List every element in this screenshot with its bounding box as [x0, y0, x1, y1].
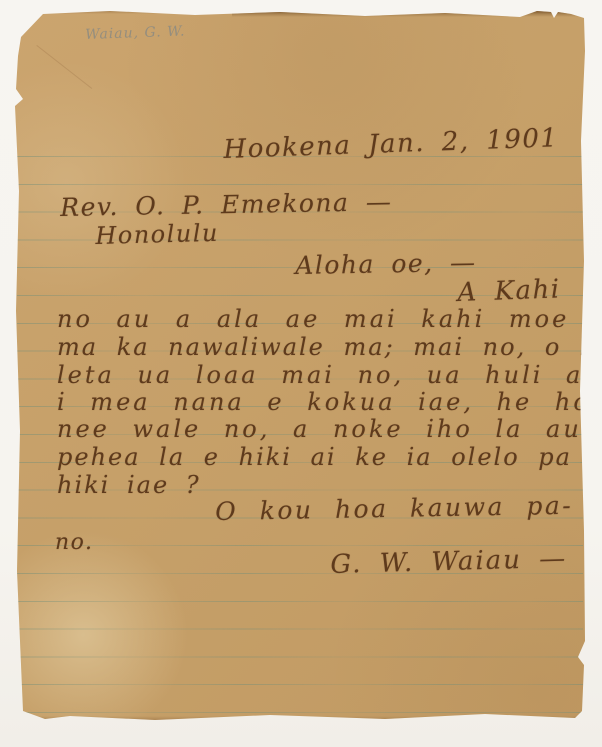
letter-paper: Waiau, G. W. Hookena Jan. 2, 1901 Rev. O… — [15, 11, 585, 720]
letter-closing-continuation: no. — [55, 530, 94, 555]
letter-body-line: pehea la e hiki ai ke ia olelo pa — — [57, 443, 602, 471]
torn-edge-bottom — [15, 716, 585, 720]
letter-body-line: no au a ala ae mai kahi moe mai — [57, 305, 602, 333]
paper-crease — [36, 45, 92, 89]
letter-body-line: A Kahi — [457, 274, 561, 308]
scanned-letter-page: Waiau, G. W. Hookena Jan. 2, 1901 Rev. O… — [0, 0, 602, 747]
archival-pencil-note: Waiau, G. W. — [85, 24, 186, 43]
letter-salutation: Aloha oe, — — [295, 248, 477, 280]
letter-recipient: Rev. O. P. Emekona — — [60, 187, 393, 222]
torn-edge-top-right — [232, 11, 585, 17]
letter-body-line: nee wale no, a noke iho la au, a — — [57, 415, 602, 443]
letter-body-line: hiki iae ? — [57, 471, 201, 499]
letter-body-line: ma ka nawaliwale ma; mai no, o kau — [57, 333, 602, 361]
letter-signature: G. W. Waiau — — [330, 544, 568, 580]
letter-body-line: i mea nana e kokua iae, he hoopa — — [57, 388, 602, 416]
letter-recipient-place: Honolulu — [95, 219, 219, 250]
letter-body-line: leta ua loaa mai no, ua huli ake — — [57, 361, 602, 389]
